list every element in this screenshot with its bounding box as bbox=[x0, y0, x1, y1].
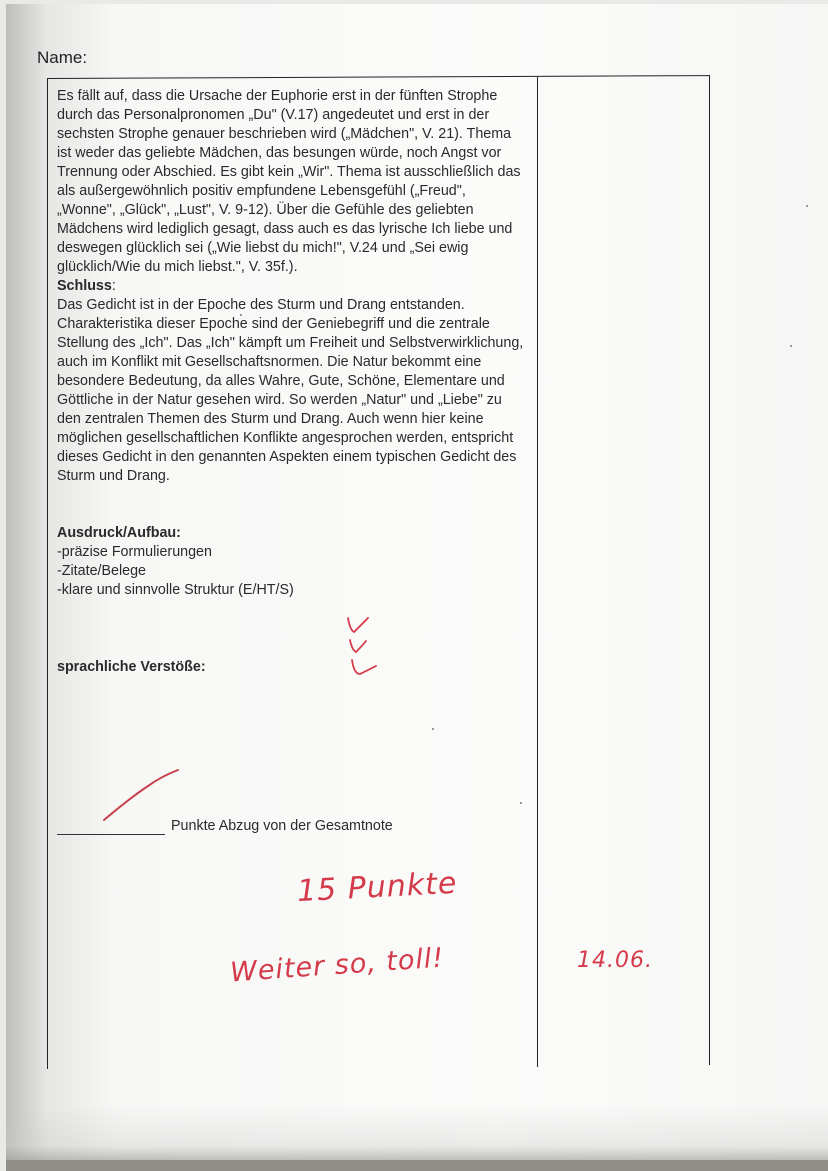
conclusion-paragraph: Das Gedicht ist in der Epoche des Sturm … bbox=[57, 296, 527, 486]
criterion-item: -Zitate/Belege bbox=[57, 562, 527, 581]
deduction-blank bbox=[57, 818, 165, 835]
deduction-line: Punkte Abzug von der Gesamtnote bbox=[57, 818, 393, 835]
language-errors-heading: sprachliche Verstöße: bbox=[57, 658, 527, 677]
criterion-item: -präzise Formulierungen bbox=[57, 543, 527, 562]
deduction-label: Punkte Abzug von der Gesamtnote bbox=[171, 818, 393, 834]
essay-column: Es fällt auf, dass die Ursache der Eupho… bbox=[57, 87, 527, 677]
scan-speck bbox=[240, 314, 242, 316]
scan-bottom-edge bbox=[6, 1160, 828, 1171]
scan-speck bbox=[790, 345, 792, 347]
name-label: Name: bbox=[37, 48, 87, 68]
check-icon bbox=[352, 660, 376, 674]
table-left-border bbox=[47, 79, 48, 1069]
check-icon bbox=[348, 618, 368, 632]
table-right-border bbox=[709, 75, 710, 1065]
conclusion-heading-line: Schluss: bbox=[57, 277, 527, 296]
scan-speck bbox=[520, 802, 522, 804]
conclusion-heading-colon: : bbox=[112, 278, 116, 294]
scan-speck bbox=[806, 205, 808, 207]
check-marks bbox=[340, 612, 400, 687]
conclusion-heading: Schluss bbox=[57, 278, 112, 294]
table-column-divider bbox=[537, 77, 538, 1067]
expression-heading: Ausdruck/Aufbau: bbox=[57, 524, 527, 543]
scan-speck bbox=[432, 728, 434, 730]
criterion-item: -klare und sinnvolle Struktur (E/HT/S) bbox=[57, 581, 527, 600]
date-annotation: 14.06. bbox=[577, 948, 653, 973]
check-icon bbox=[350, 640, 366, 652]
essay-paragraph: Es fällt auf, dass die Ursache der Eupho… bbox=[57, 87, 527, 277]
